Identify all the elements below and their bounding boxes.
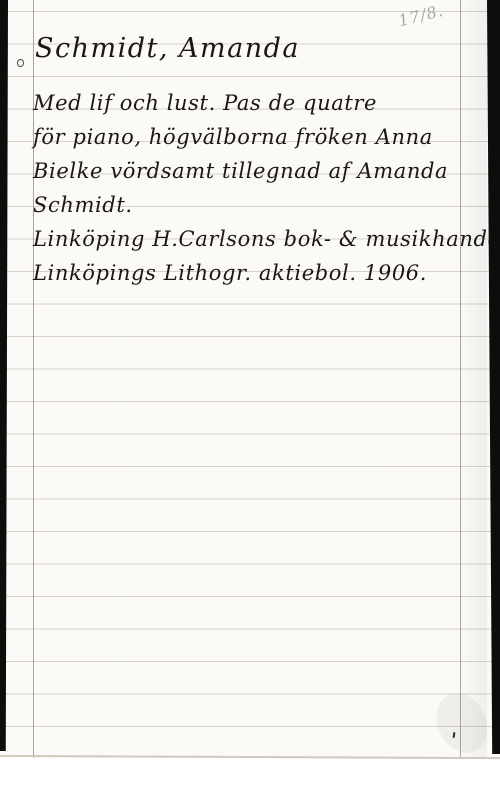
paper: 17/8. Schmidt, Amanda Med lif och lust. …	[0, 0, 500, 758]
hole-mark	[17, 59, 24, 67]
body-line: Bielke vördsamt tillegnad af Amanda	[33, 154, 500, 188]
body-line: Schmidt.	[33, 188, 500, 222]
card-heading: Schmidt, Amanda	[35, 33, 300, 64]
scanned-catalog-card: 17/8. Schmidt, Amanda Med lif och lust. …	[0, 0, 500, 800]
body-line: Med lif och lust. Pas de quatre	[33, 86, 500, 120]
body-line: Linköpings Lithogr. aktiebol. 1906.	[33, 256, 500, 290]
body-line: Linköping H.Carlsons bok- & musikhandel.	[33, 222, 500, 256]
body-line: för piano, högvälborna fröken Anna	[33, 120, 500, 154]
card-body: Med lif och lust. Pas de quatre för pian…	[33, 86, 500, 290]
